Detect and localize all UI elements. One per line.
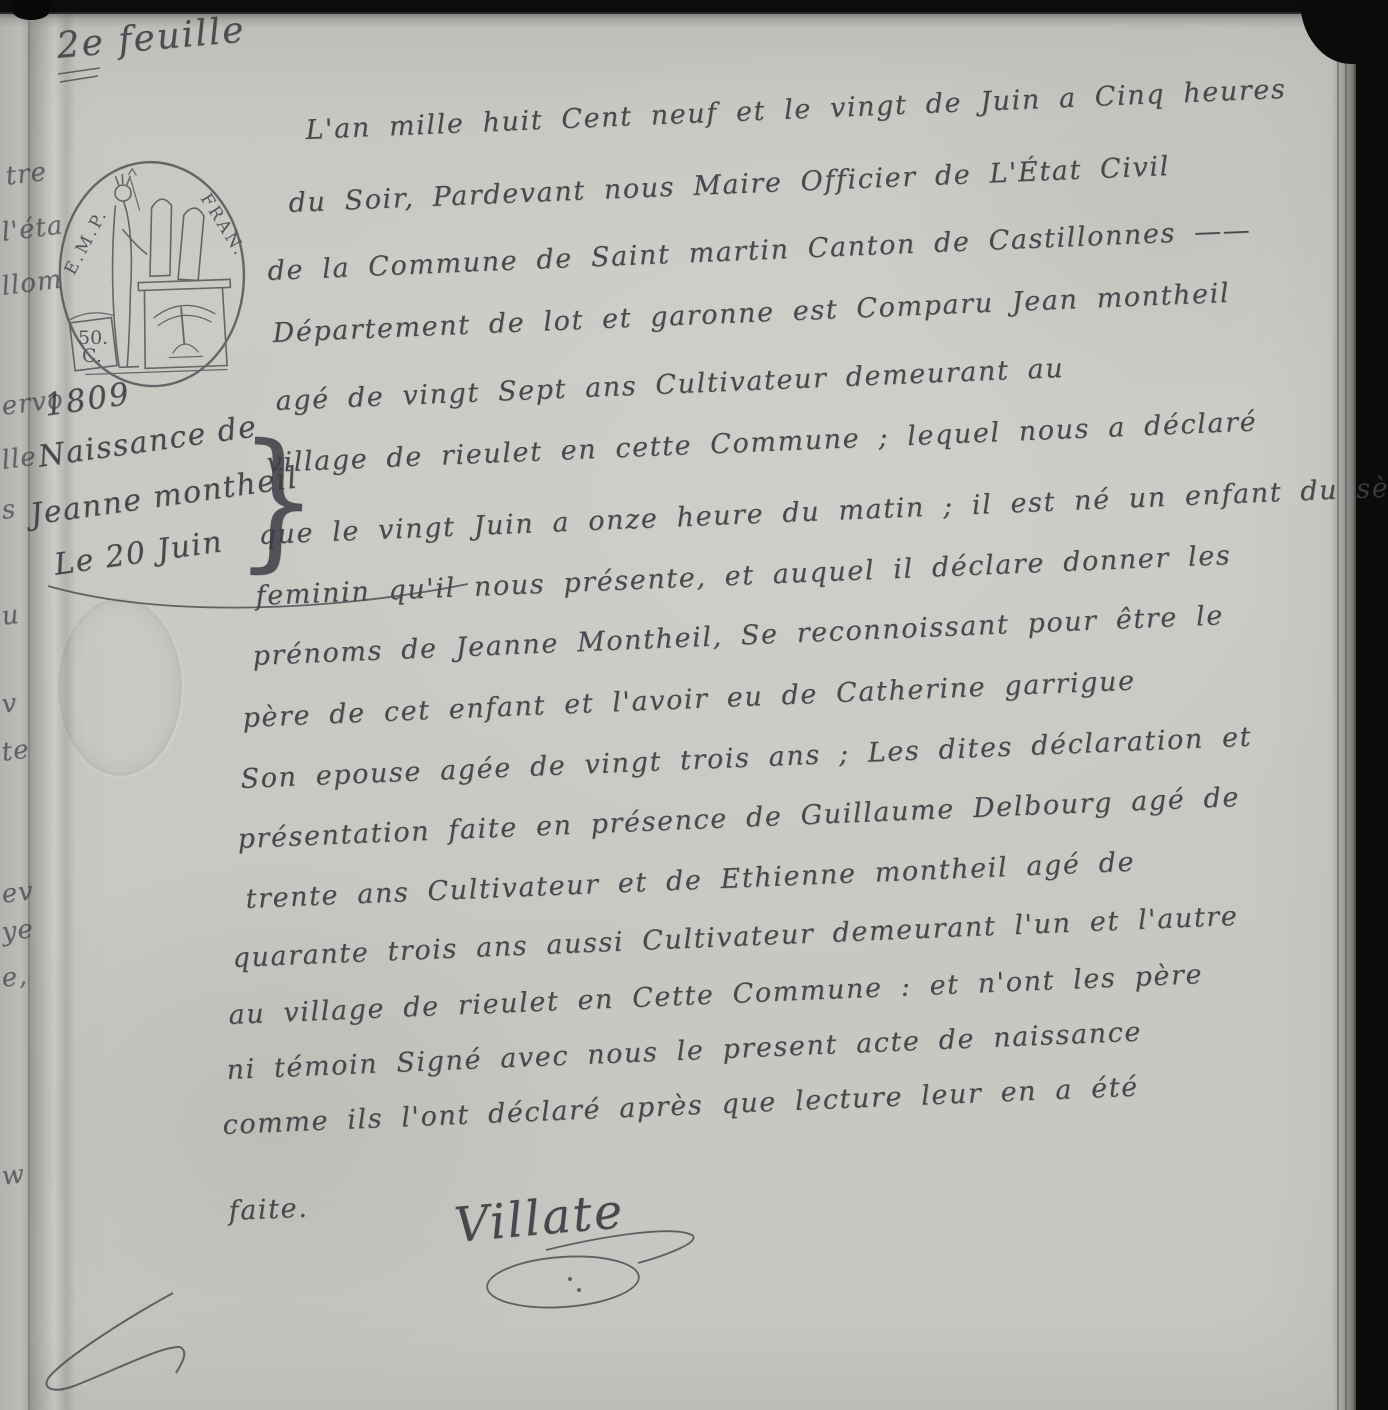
scan-right-border — [1356, 0, 1388, 1410]
edge-fragment: v — [0, 688, 19, 720]
embossed-stamp-ghost — [58, 598, 182, 776]
edge-fragment: e, — [0, 961, 29, 994]
edge-fragment: ev — [0, 876, 35, 910]
edge-fragment: u — [0, 600, 21, 632]
ink-blot-top-left — [12, 0, 50, 20]
edge-fragment: w — [0, 1159, 27, 1192]
edge-fragment: lle — [0, 442, 38, 476]
edge-fragment: tre — [4, 157, 49, 192]
margin-note-brace: } — [234, 412, 321, 589]
edge-fragment: ye — [0, 914, 35, 948]
edge-fragment: te — [0, 735, 31, 768]
page-curled-edge — [1332, 12, 1356, 1410]
page-edge-line — [1337, 12, 1339, 1410]
scanned-register-page: 2e feuille — [0, 0, 1388, 1410]
page-edge-line — [1345, 12, 1347, 1410]
body-line: faite. — [228, 1193, 309, 1227]
